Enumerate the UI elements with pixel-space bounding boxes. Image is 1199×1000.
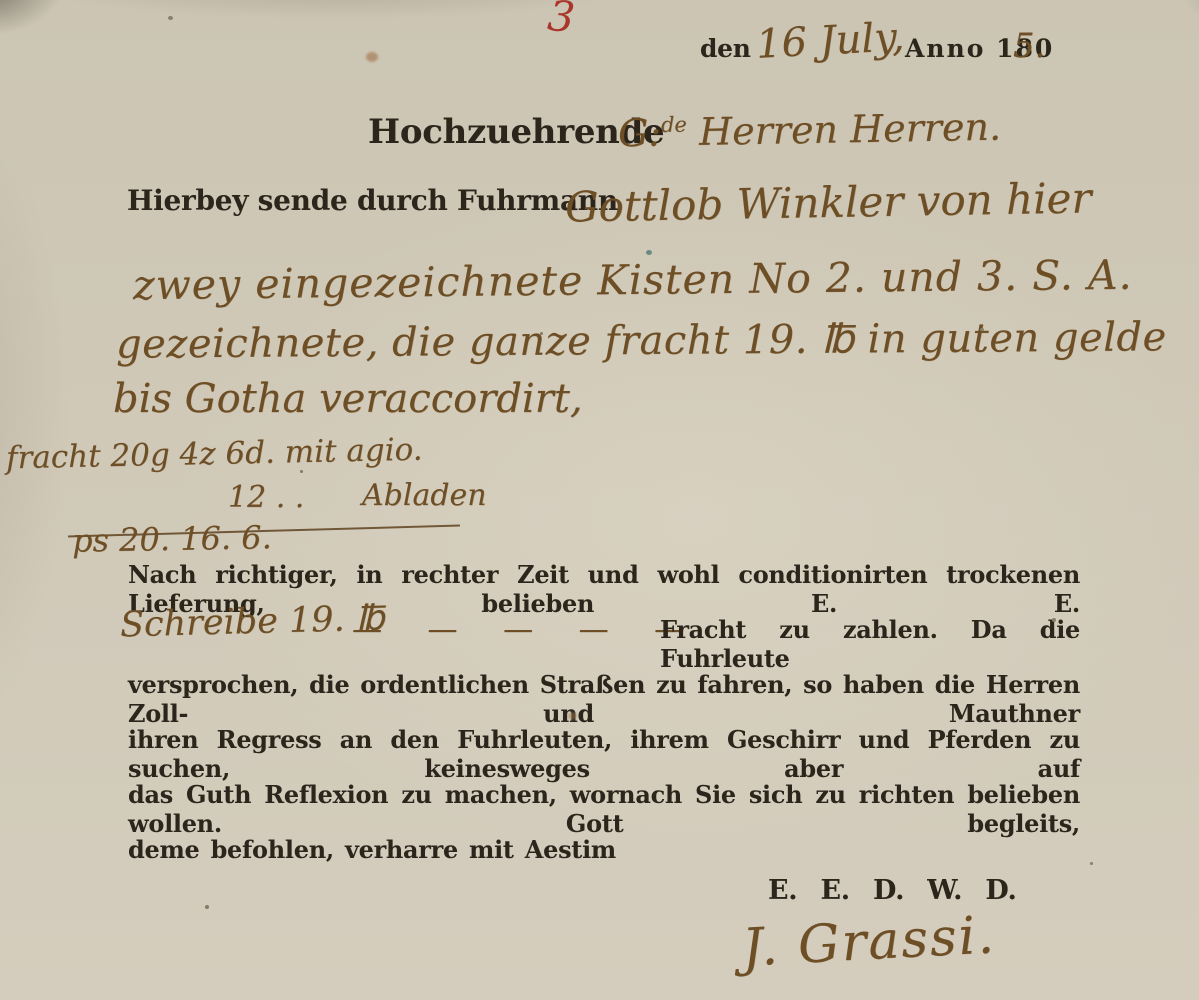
margin-calc-line-2-label: Abladen xyxy=(362,478,487,513)
terms-line-5: das Guth Reflexion zu machen, wornach Si… xyxy=(128,780,1080,838)
salutation-handwritten: G:de Herren Herren. xyxy=(618,105,1002,156)
paper-speck xyxy=(205,905,209,909)
consignment-line-3: bis Gotha veraccordirt, xyxy=(113,376,583,422)
salutation-hand-prefix: G: xyxy=(618,111,662,156)
signature: J. Grassi. xyxy=(741,905,998,978)
closing-formula: E. E. D. W. D. xyxy=(768,875,1017,906)
paper-speck xyxy=(168,16,173,20)
paper-speck xyxy=(1090,862,1093,865)
intro-printed: Hierbey sende durch Fuhrmann xyxy=(127,184,618,217)
consignment-line-2: gezeichnete, die ganze fracht 19. ℔ in g… xyxy=(116,314,1167,367)
salutation-hand-superscript: de xyxy=(661,112,687,136)
year-suffix-handwritten: 5. xyxy=(1013,26,1045,66)
paper-speck xyxy=(300,470,303,473)
consignment-line-1: zwey eingezeichnete Kisten No 2. und 3. … xyxy=(133,251,1133,309)
paper-speck xyxy=(980,328,984,331)
date-handwritten: 16 July, xyxy=(755,14,905,68)
terms-line-6: deme befohlen, verharre mit Aestim xyxy=(128,835,616,864)
folio-number: 3 xyxy=(546,0,578,42)
paper-speck xyxy=(540,332,543,335)
paper-stain xyxy=(366,52,378,62)
margin-calc-total: ps 20. 16. 6. xyxy=(72,518,272,559)
terms-line-4: ihren Regress an den Fuhrleuten, ihrem G… xyxy=(128,725,1080,783)
paper-speck xyxy=(1052,618,1056,622)
terms-line-2: Fracht zu zahlen. Da die Fuhrleute xyxy=(660,615,1080,673)
freight-amount-dashes: — — — — — xyxy=(352,612,702,647)
terms-line-3: versprochen, die ordentlichen Straßen zu… xyxy=(128,670,1080,728)
paper-stain xyxy=(568,712,577,720)
salutation-hand-main: Herren Herren. xyxy=(699,105,1002,154)
carrier-name-handwritten: Gottlob Winkler von hier xyxy=(565,173,1092,231)
margin-calc-line-1: fracht 20g 4z 6d. mit agio. xyxy=(6,432,423,477)
freight-amount-handwritten: Schreibe 19. ℔ xyxy=(120,599,385,646)
margin-calc-line-2-amount: 12 . . xyxy=(228,480,304,515)
scanned-letter-1805: { "page": { "folio_number": "3" }, "date… xyxy=(0,0,1199,1000)
paper-speck xyxy=(646,250,652,255)
date-prefix-label: den xyxy=(700,34,751,63)
